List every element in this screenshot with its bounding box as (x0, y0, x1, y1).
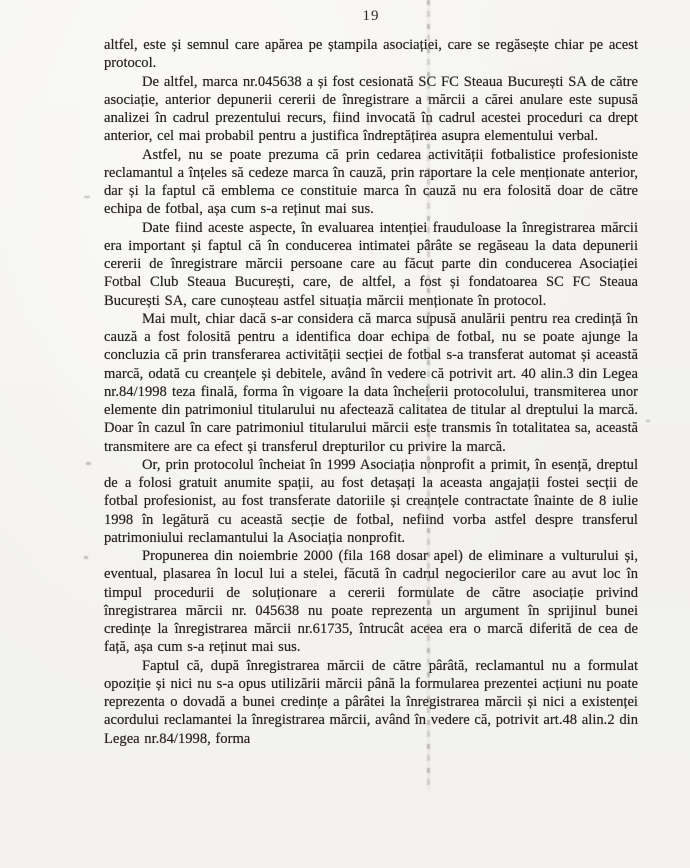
scan-speck-artifact (84, 196, 90, 198)
paragraph: altfel, este și semnul care apărea pe șt… (104, 36, 638, 73)
scanned-document-page: 19 altfel, este și semnul care apărea pe… (0, 0, 690, 868)
paragraph: Date fiind aceste aspecte, în evaluarea … (104, 219, 638, 310)
paragraph: Or, prin protocolul încheiat în 1999 Aso… (104, 456, 638, 547)
paragraph: Faptul că, după înregistrarea mărcii de … (104, 657, 638, 748)
scan-speck-artifact (646, 420, 650, 422)
document-text-block: altfel, este și semnul care apărea pe șt… (104, 36, 638, 748)
paragraph: De altfel, marca nr.045638 a și fost ces… (104, 73, 638, 146)
paragraph: Propunerea din noiembrie 2000 (fila 168 … (104, 547, 638, 657)
fold-crease-artifact (427, 0, 430, 792)
paragraph: Mai mult, chiar dacă s-ar considera că m… (104, 310, 638, 456)
paragraph: Astfel, nu se poate prezuma că prin ceda… (104, 146, 638, 219)
scan-speck-artifact (84, 556, 88, 559)
scan-speck-artifact (86, 462, 91, 465)
page-number: 19 (104, 8, 638, 25)
